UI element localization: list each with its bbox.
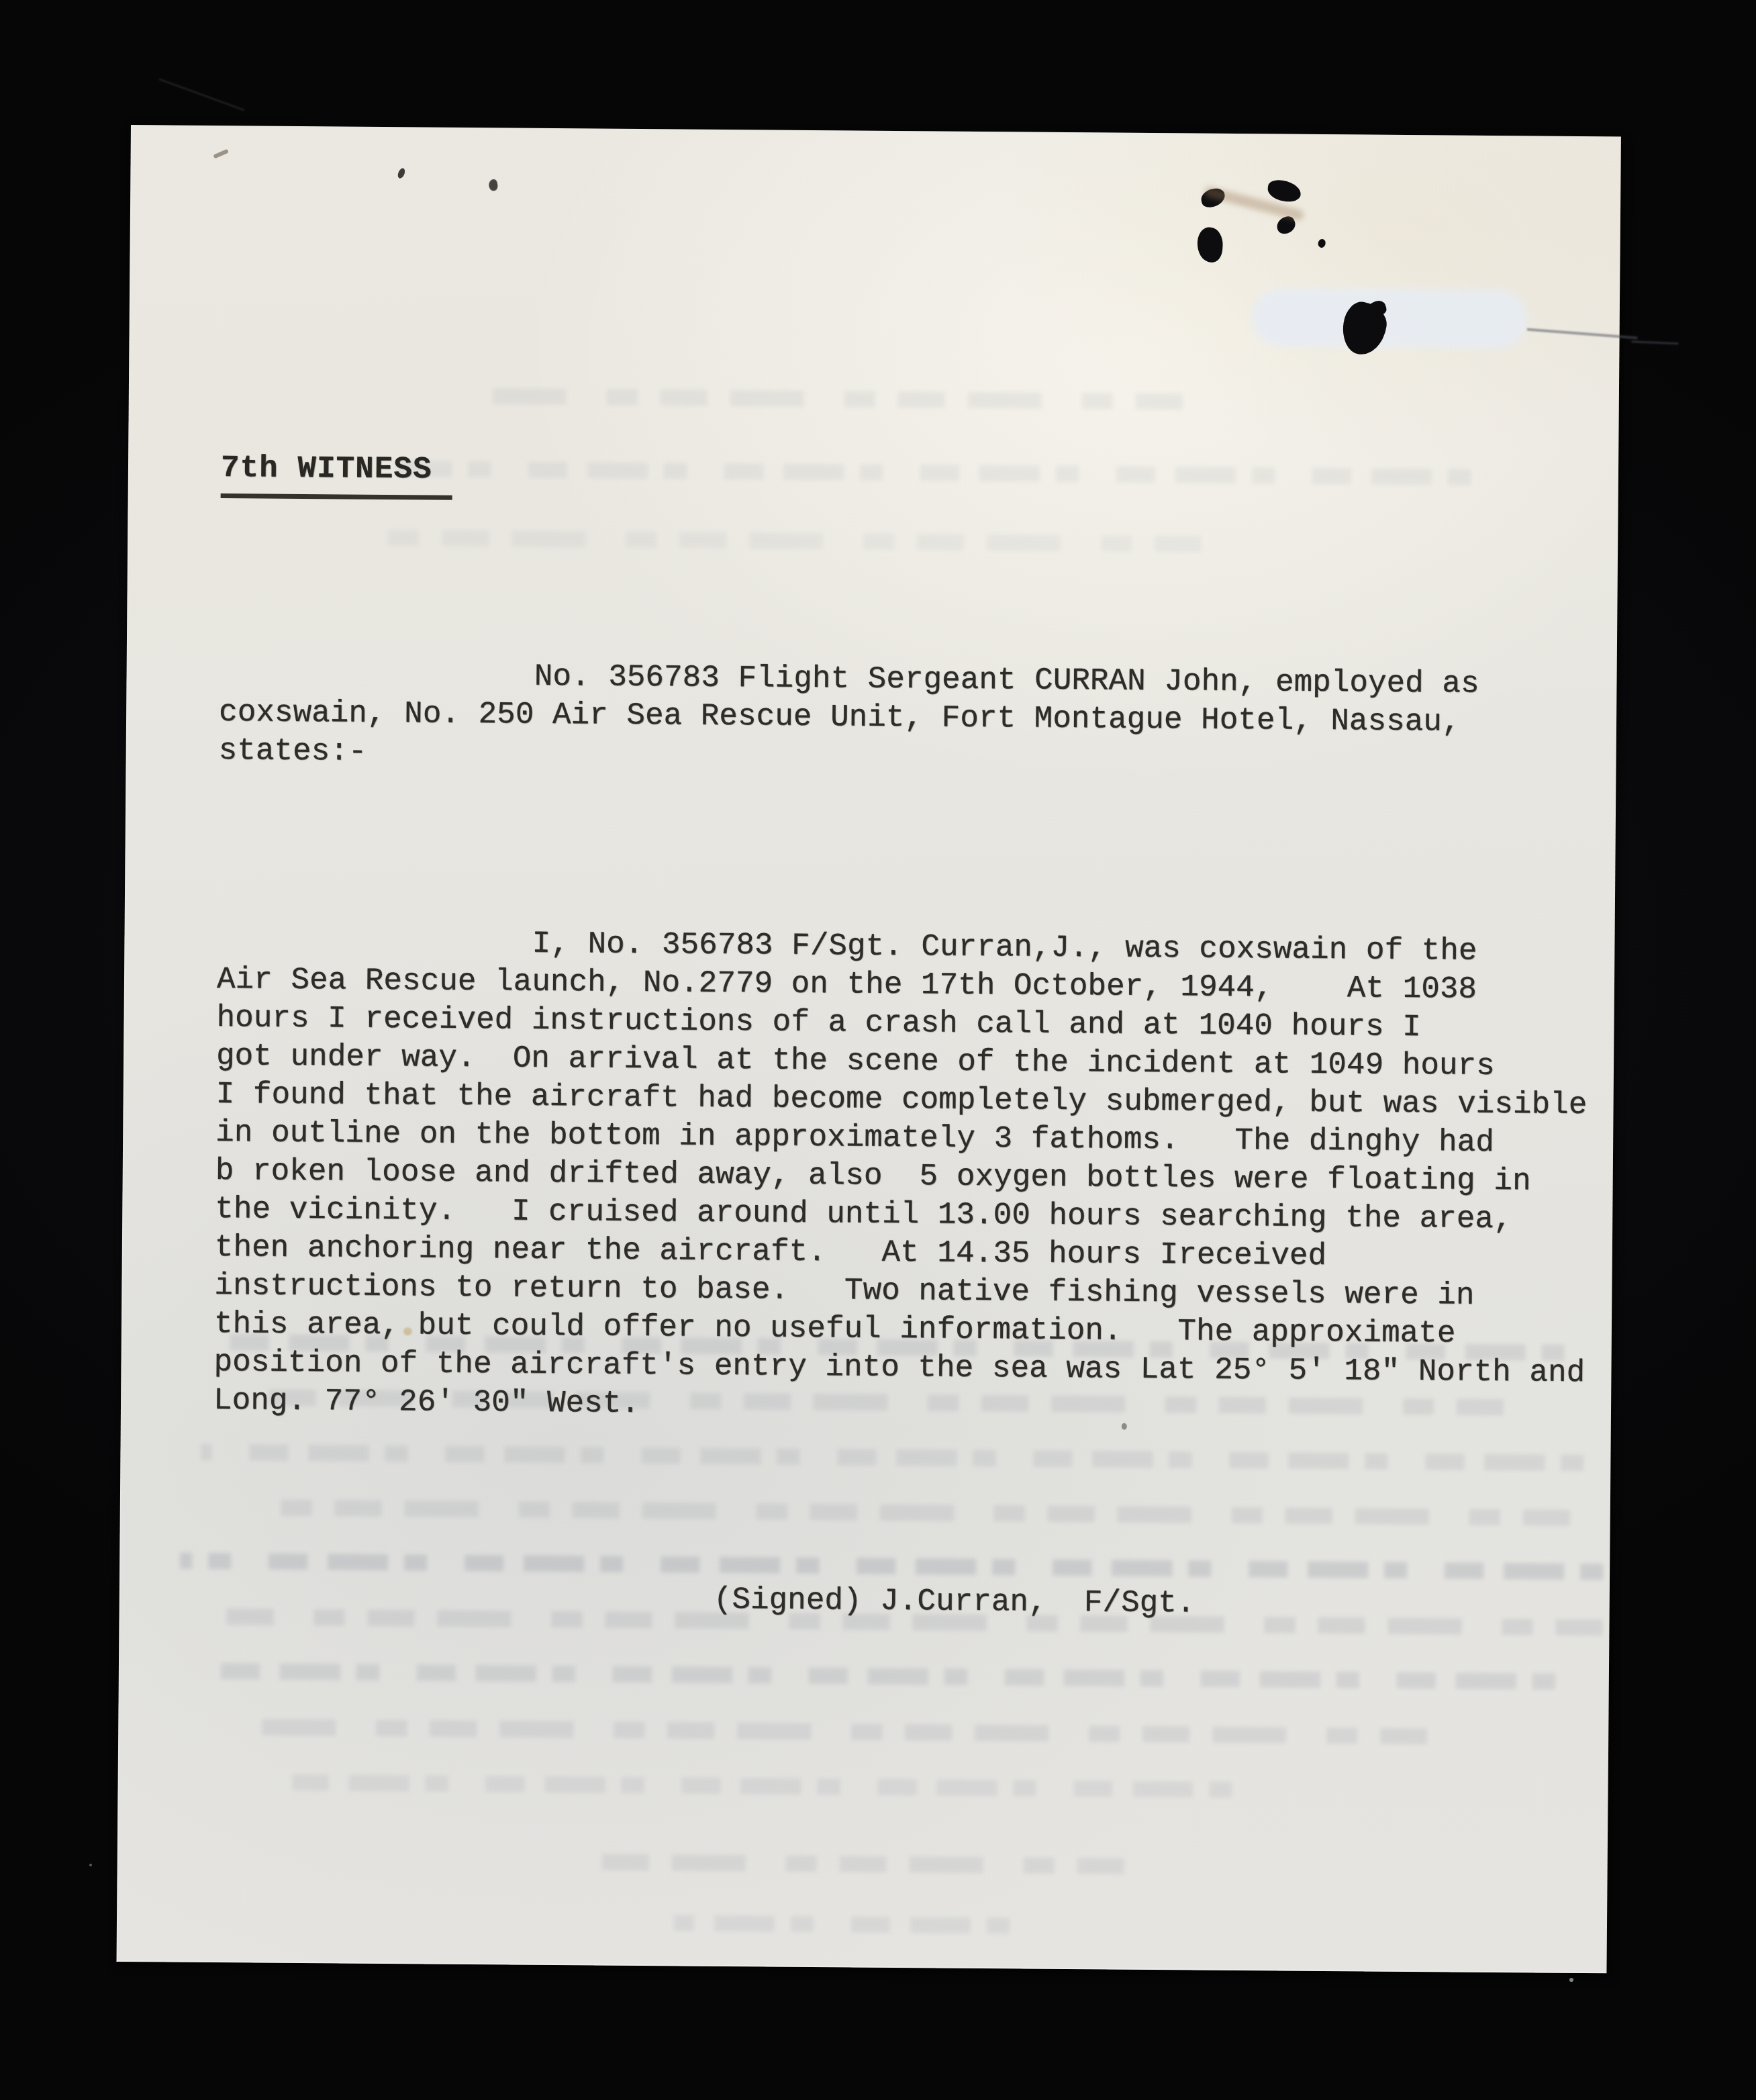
witness-heading-text: 7th WITNESS — [221, 449, 452, 500]
signature-line: (Signed) J.Curran, F/Sgt. — [714, 1581, 1610, 1626]
correction-patch — [1251, 288, 1527, 348]
dust-speck — [89, 1864, 92, 1866]
photo-backdrop: 7th WITNESS No. 356783 Flight Sergeant C… — [0, 0, 1756, 2100]
typed-statement: 7th WITNESS No. 356783 Flight Sergeant C… — [211, 373, 1619, 1703]
backdrop-scratch — [159, 79, 245, 111]
witness-heading: 7th WITNESS — [221, 449, 1619, 509]
stain-spot — [403, 1327, 412, 1335]
ink-speck — [1122, 1423, 1127, 1430]
statement-paragraph: I, No. 356783 F/Sgt. Curran,J., was coxs… — [213, 922, 1615, 1431]
scratch-mark — [1631, 340, 1678, 344]
document-page: 7th WITNESS No. 356783 Flight Sergeant C… — [117, 125, 1621, 1973]
dust-speck — [1569, 1978, 1573, 1982]
witness-intro-paragraph: No. 356783 Flight Sergeant CURRAN John, … — [218, 655, 1616, 781]
